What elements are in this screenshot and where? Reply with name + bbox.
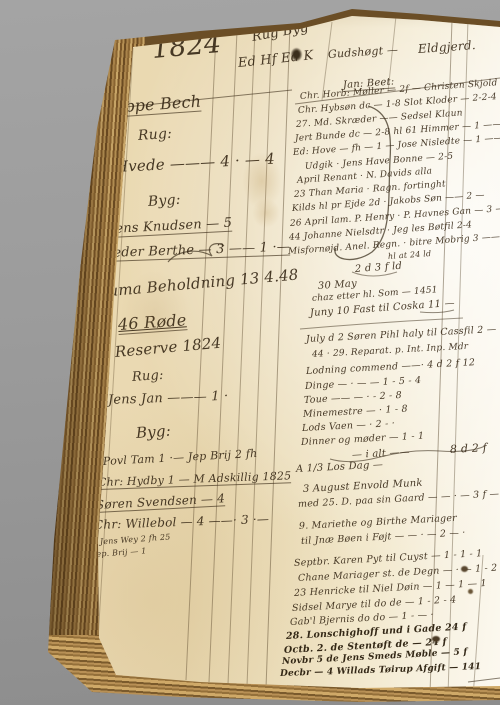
ink-blot <box>291 48 302 61</box>
ledger-line: Rug: <box>137 126 172 144</box>
foxing-stain <box>120 270 190 360</box>
ledger-line: Rug: <box>131 368 164 385</box>
ledger-total-value: 8 d 2 f <box>450 441 488 456</box>
ledger-line: Byg: <box>147 192 181 210</box>
ledger-photo: 238 22.) 1824 Rug Byg Ed Hf Ed K Gudshøg… <box>0 0 500 705</box>
foxing-stain <box>252 198 280 228</box>
ledger-book: 238 22.) 1824 Rug Byg Ed Hf Ed K Gudshøg… <box>0 0 500 705</box>
ledger-line: Byg: <box>135 422 171 442</box>
paper-speck <box>461 566 468 572</box>
paper-speck <box>468 589 473 594</box>
folio-number: 238 <box>76 65 90 74</box>
year-heading: 1824 <box>151 28 223 65</box>
paper-speck <box>432 636 440 642</box>
